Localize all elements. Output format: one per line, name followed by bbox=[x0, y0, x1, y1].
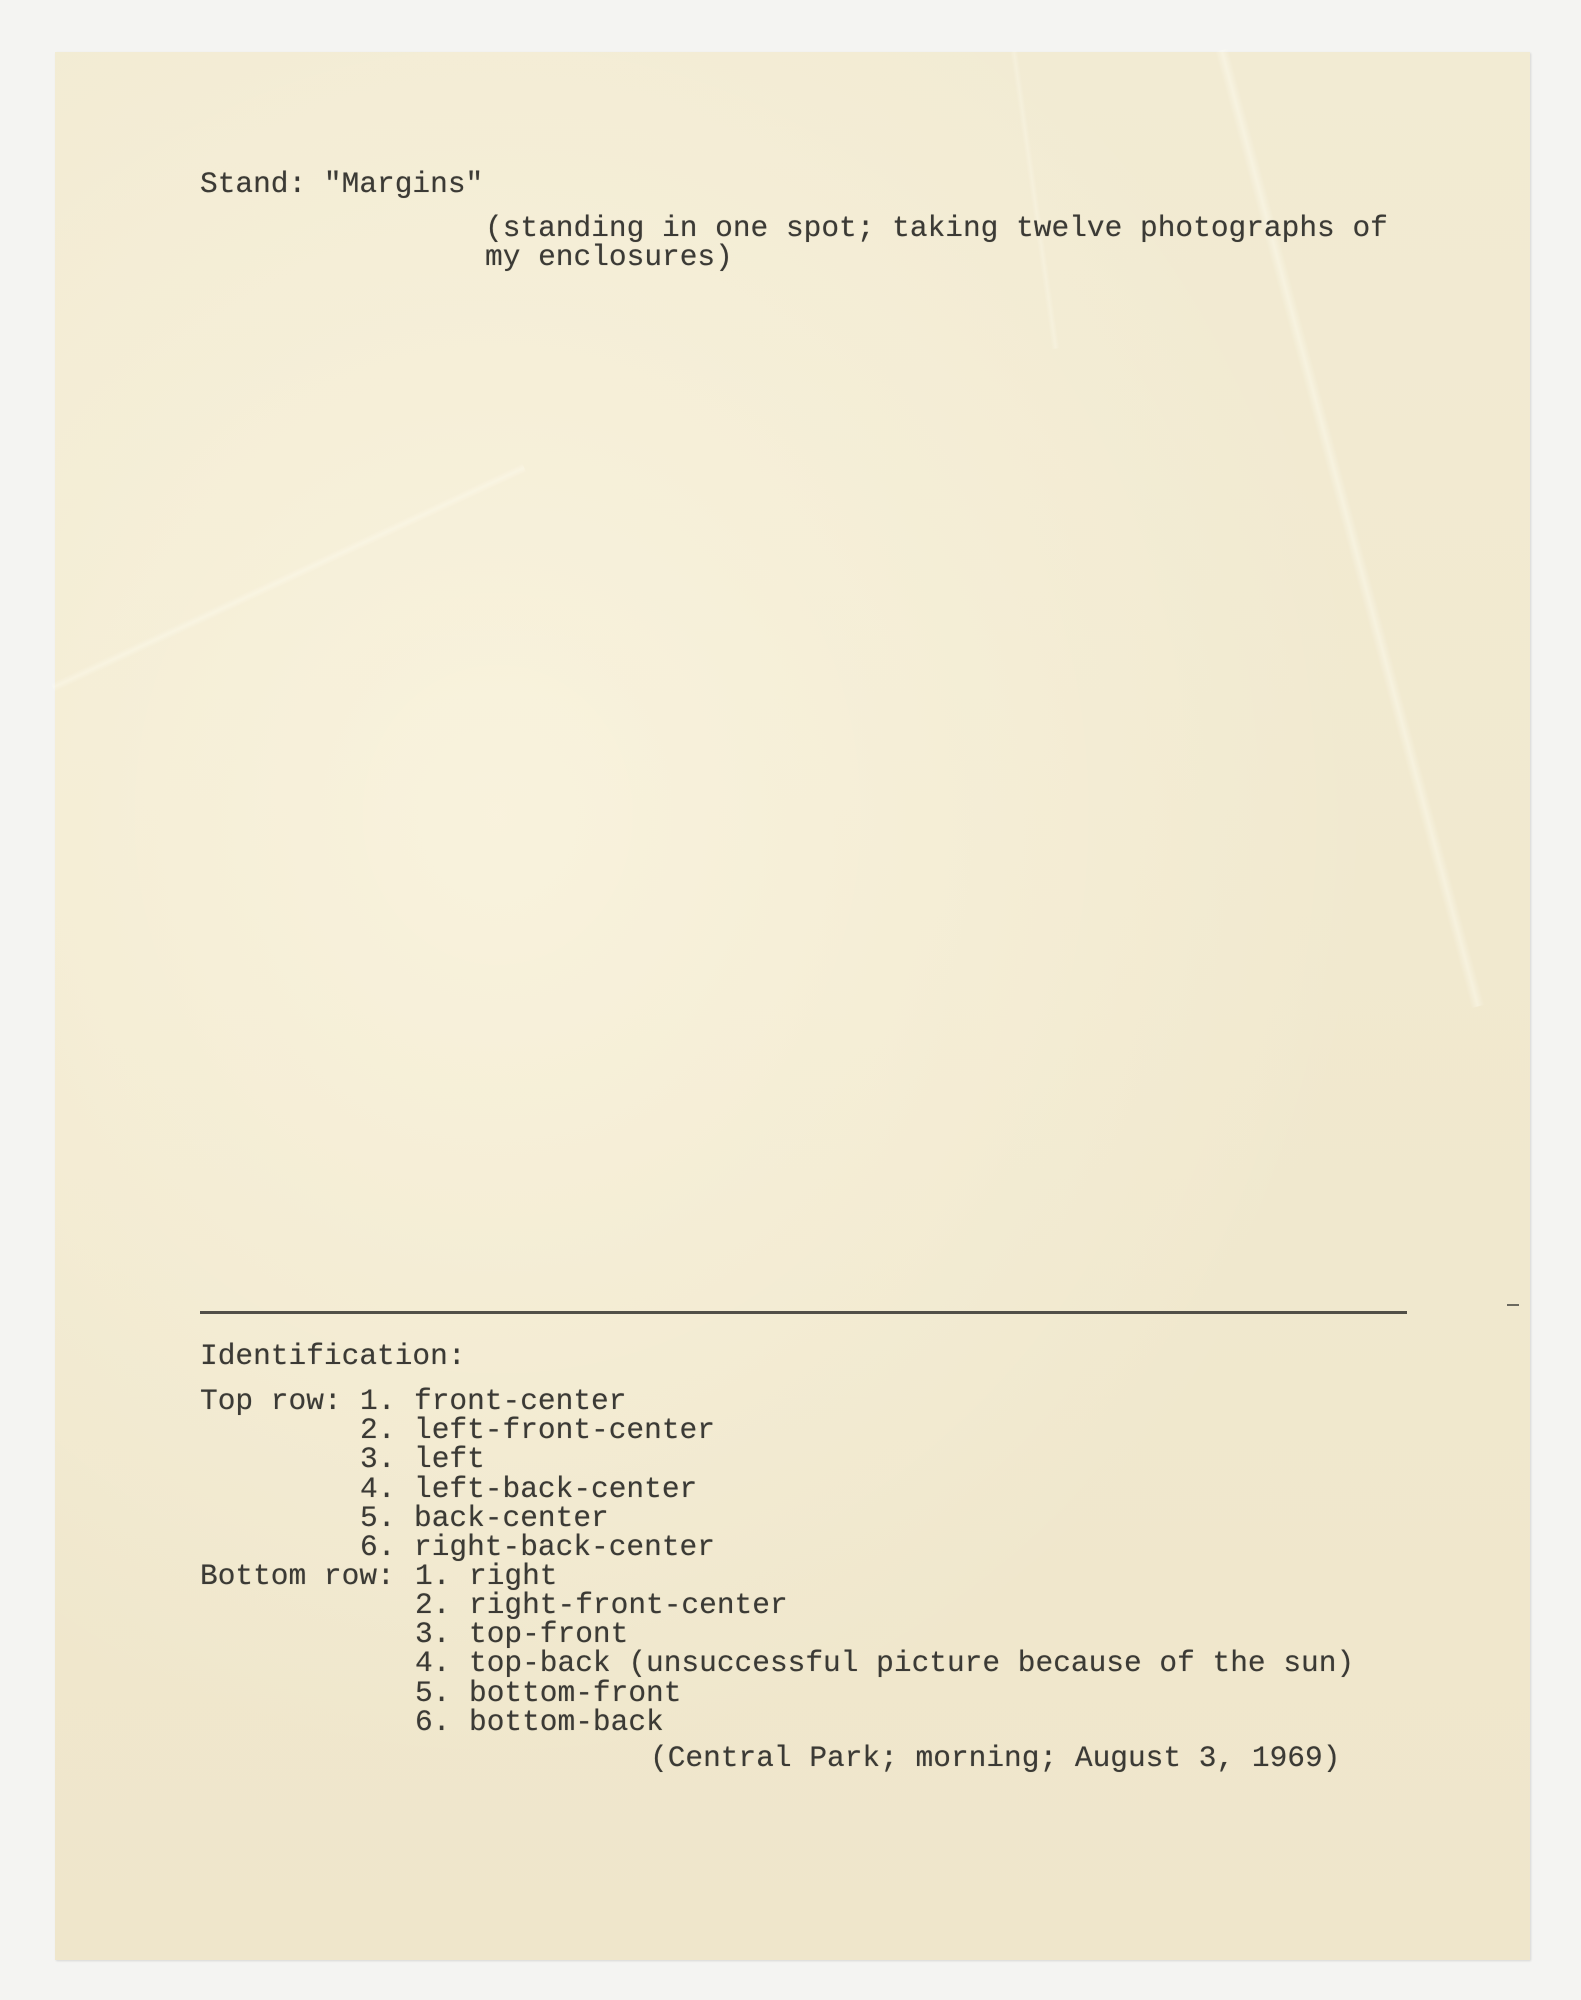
bottom-row-label: Bottom row: bbox=[200, 1562, 395, 1592]
item-number: 3. bbox=[360, 1445, 395, 1475]
paper-crease bbox=[1215, 48, 1485, 1008]
typewritten-page: Stand: "Margins" (standing in one spot; … bbox=[55, 52, 1530, 1960]
section-label-identification: Identification: bbox=[200, 1342, 466, 1372]
paper-crease bbox=[51, 463, 527, 692]
item-text: bottom-back bbox=[469, 1708, 664, 1738]
item-number: 6. bbox=[415, 1708, 450, 1738]
document-subtitle-line-2: my enclosures) bbox=[485, 243, 733, 273]
margin-mark bbox=[1507, 1304, 1519, 1306]
top-row-label: Top row: bbox=[200, 1387, 342, 1417]
item-text: top-back (unsuccessful picture because o… bbox=[469, 1649, 1354, 1679]
document-heading: Stand: "Margins" bbox=[200, 170, 483, 200]
item-text: left bbox=[414, 1445, 485, 1475]
paper-crease bbox=[1010, 51, 1060, 349]
item-number: 4. bbox=[415, 1649, 450, 1679]
footer-note: (Central Park; morning; August 3, 1969) bbox=[650, 1744, 1340, 1774]
horizontal-rule bbox=[200, 1311, 1407, 1314]
item-text: right-back-center bbox=[414, 1533, 715, 1563]
